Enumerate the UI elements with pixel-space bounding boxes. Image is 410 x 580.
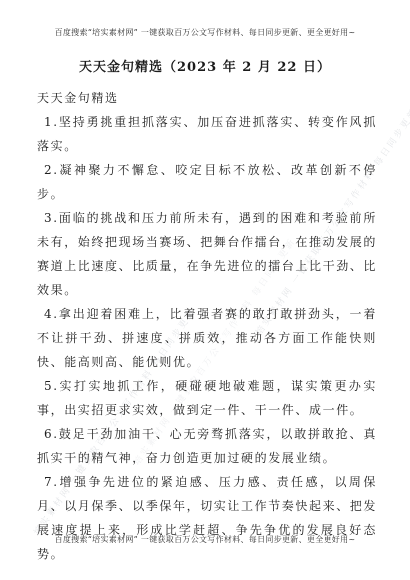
golden-sentence-1: 1.坚持勇挑重担抓落实、加压奋进抓落实、转变作风抓落实。	[37, 110, 377, 158]
golden-sentence-5: 5.实打实地抓工作，硬碰硬地破难题，谋实策更办实事，出实招更求实效，做到定一件、…	[37, 374, 377, 422]
document-body: 天天金句精选 1.坚持勇挑重担抓落实、加压奋进抓落实、转变作风抓落实。 2.凝神…	[37, 86, 377, 566]
header-promo-note: 百度搜索“培实素材网” 一键获取百万公文写作材料、每日同步更新、更全更好用~	[0, 27, 410, 38]
golden-sentence-4: 4.拿出迎着困难上，比着强者赛的敢打敢拼劲头，一着不让拼干劲、拼速度、拼质效，推…	[37, 302, 377, 374]
footer-promo-note: 百度搜索“培实素材网” 一键获取百万公文写作材料、每日同步更新、更全更好用~	[0, 534, 410, 545]
body-intro-line: 天天金句精选	[37, 86, 377, 110]
page-title: 天天金句精选（2023 年 2 月 22 日）	[0, 56, 410, 75]
golden-sentence-6: 6.鼓足干劲加油干、心无旁骛抓落实，以敢拼敢抢、真抓实干的精气神，奋力创造更加过…	[37, 422, 377, 470]
document-page: 培实素材网 一键获取百万公文写作材料 每日同步更新 培实素材网 一键获取百万公文…	[0, 0, 410, 580]
golden-sentence-2: 2.凝神聚力不懈怠、咬定目标不放松、改革创新不停步。	[37, 158, 377, 206]
golden-sentence-7: 7.增强争先进位的紧迫感、压力感、责任感，以周保月、以月保季、以季保年，切实让工…	[37, 470, 377, 566]
golden-sentence-3: 3.面临的挑战和压力前所未有，遇到的困难和考验前所未有，始终把现场当赛场、把舞台…	[37, 206, 377, 302]
